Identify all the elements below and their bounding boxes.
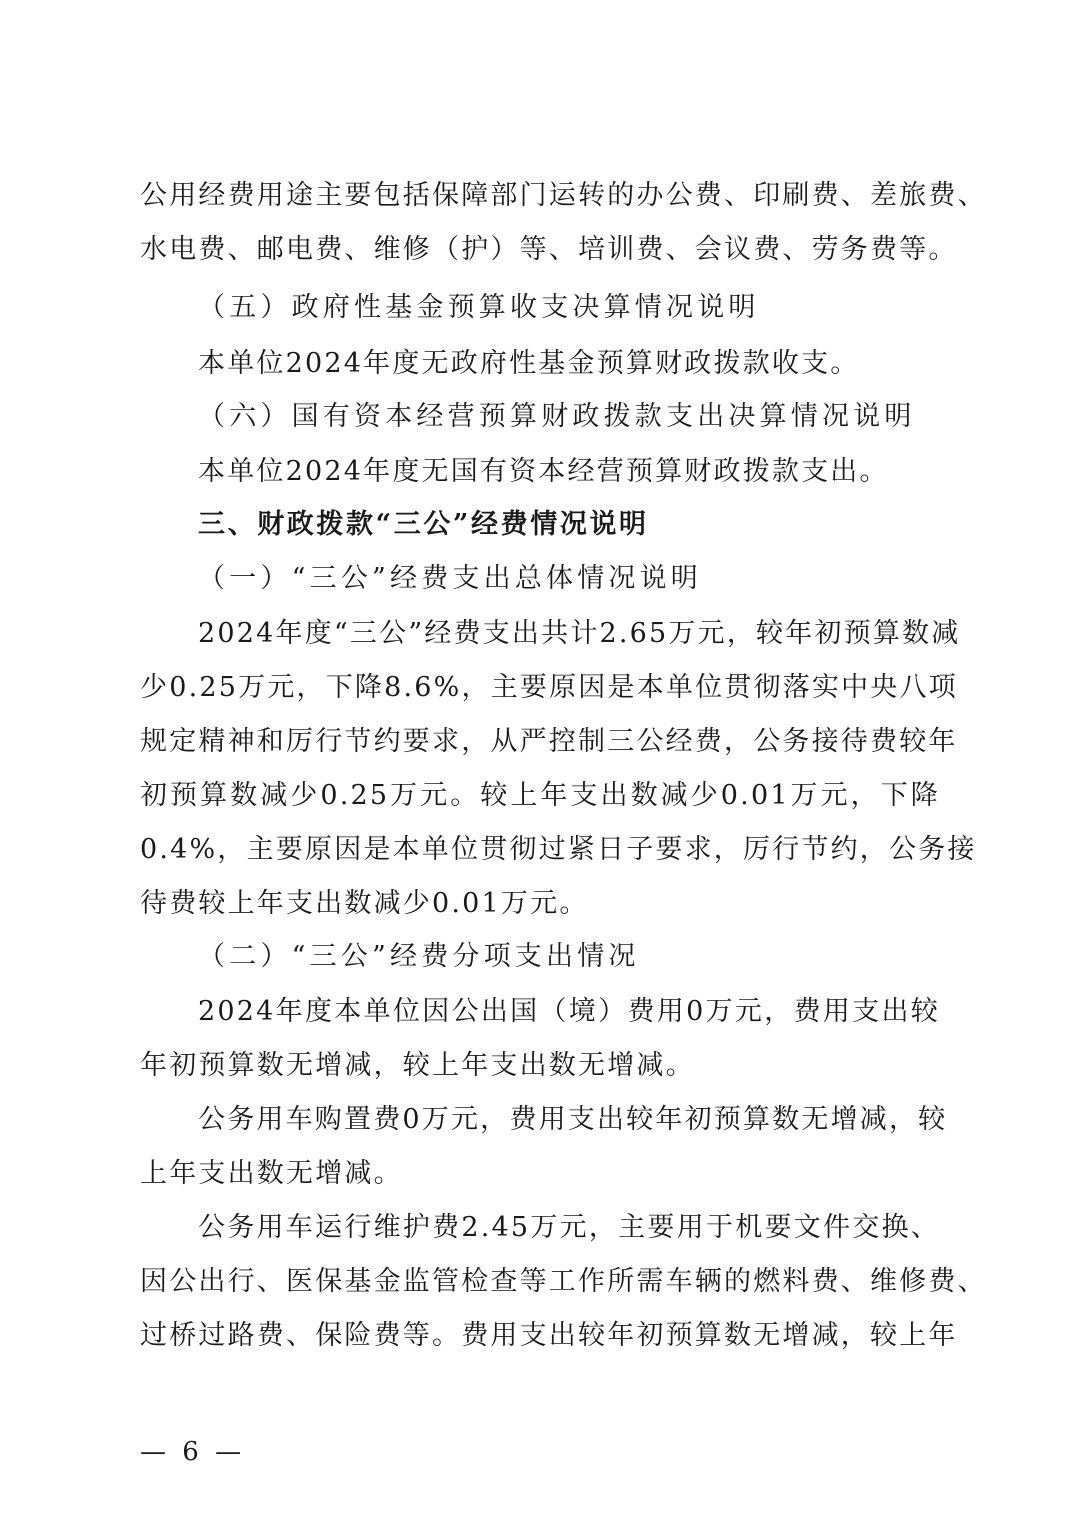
body-line: 公务用车购置费0万元，费用支出较年初预算数无增减，较 <box>198 1100 940 1140</box>
body-line: 规定精神和厉行节约要求，从严控制三公经费，公务接待费较年 <box>140 722 940 762</box>
body-line: 本单位2024年度无国有资本经营预算财政拨款支出。 <box>198 452 998 492</box>
body-line: 过桥过路费、保险费等。费用支出较年初预算数无增减，较上年 <box>140 1316 940 1356</box>
body-line: 上年支出数无增减。 <box>140 1154 940 1194</box>
body-line: 2024年度“三公”经费支出共计2.65万元，较年初预算数减 <box>198 614 940 654</box>
section-heading-2: （二）“三公”经费分项支出情况 <box>198 937 998 977</box>
body-line: 公务用车运行维护费2.45万元，主要用于机要文件交换、 <box>198 1208 940 1248</box>
page-number: — 6 — <box>140 1432 245 1472</box>
body-line: 初预算数减少0.25万元。较上年支出数减少0.01万元，下降 <box>140 776 940 816</box>
section-heading-6: （六）国有资本经营预算财政拨款支出决算情况说明 <box>198 397 998 437</box>
body-line: 年初预算数无增减，较上年支出数无增减。 <box>140 1046 940 1086</box>
body-line: 0.4%，主要原因是本单位贯彻过紧日子要求，厉行节约，公务接 <box>140 830 940 870</box>
chapter-heading-3: 三、财政拨款“三公”经费情况说明 <box>198 505 998 545</box>
section-heading-1: （一）“三公”经费支出总体情况说明 <box>198 559 998 599</box>
body-line: 水电费、邮电费、维修（护）等、培训费、会议费、劳务费等。 <box>140 230 940 270</box>
body-line: 公用经费用途主要包括保障部门运转的办公费、印刷费、差旅费、 <box>140 176 940 216</box>
body-line: 待费较上年支出数减少0.01万元。 <box>140 884 940 924</box>
body-line: 少0.25万元，下降8.6%，主要原因是本单位贯彻落实中央八项 <box>140 668 940 708</box>
document-page: 公用经费用途主要包括保障部门运转的办公费、印刷费、差旅费、 水电费、邮电费、维修… <box>0 0 1075 1520</box>
body-line: 因公出行、医保基金监管检查等工作所需车辆的燃料费、维修费、 <box>140 1262 940 1302</box>
body-line: 2024年度本单位因公出国（境）费用0万元，费用支出较 <box>198 992 940 1032</box>
body-line: 本单位2024年度无政府性基金预算财政拨款收支。 <box>198 344 998 384</box>
section-heading-5: （五）政府性基金预算收支决算情况说明 <box>198 288 998 328</box>
